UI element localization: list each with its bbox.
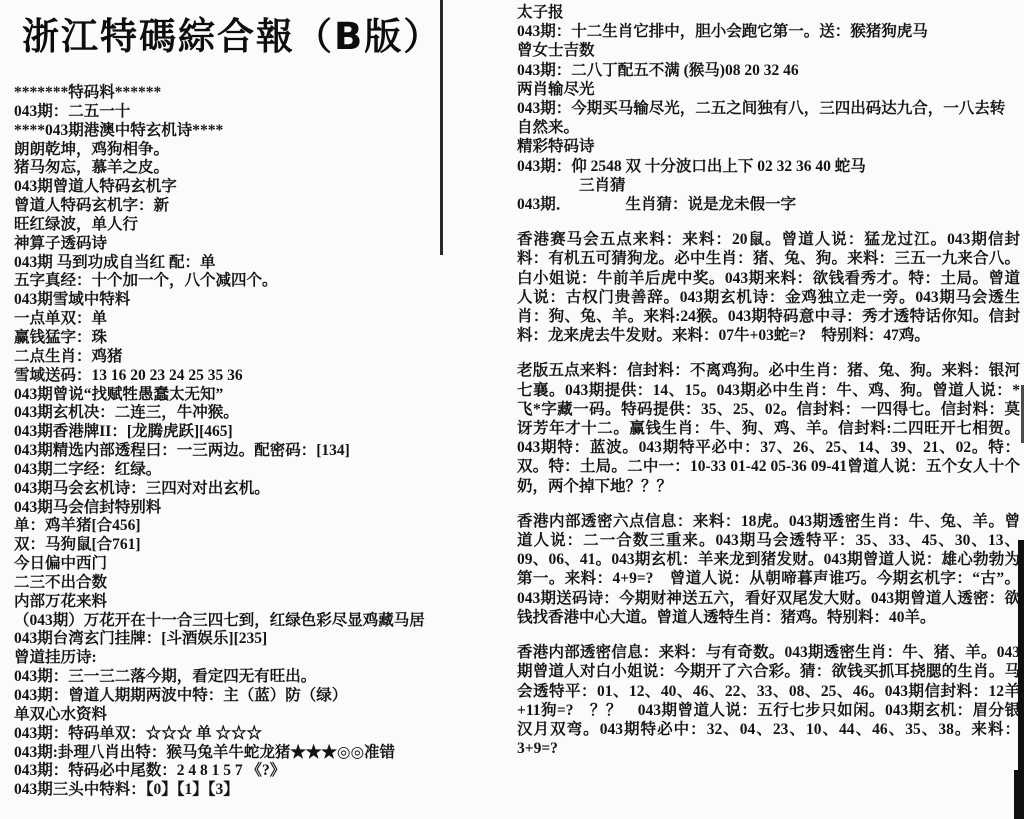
- left-column-line: 旺红绿波，单人行: [14, 216, 506, 235]
- left-column-line: 一点单双：单: [14, 310, 506, 329]
- right-intro-line: 043期：今期买马输尽光，二五之间独有八，三四出码达九合，一八去转自然来。: [517, 99, 1020, 137]
- left-column-line: 二三不出合数: [14, 574, 506, 593]
- left-column-line: 043期：曾道人期期两波中特：主（蓝）防（绿）: [14, 687, 506, 706]
- left-column-line: 043期雪域中特料: [14, 291, 506, 310]
- right-paragraph: 老版五点来料：信封料：不离鸡狗。必中生肖：猪、兔、狗。来料：银河七襄。043期提…: [517, 361, 1020, 495]
- right-intro-line: 曾女士吉数: [517, 41, 1020, 60]
- right-intro-line: 043期． 生肖猜：说是龙未假一字: [517, 195, 1020, 214]
- left-column-line: 曾道挂历诗:: [14, 649, 506, 668]
- left-column-line: 雪域送码：13 16 20 23 24 25 35 36: [14, 367, 506, 386]
- right-intro-line: 太子报: [517, 3, 1020, 22]
- left-column-line: 043期玄机决：二连三，牛冲猴。: [14, 404, 506, 423]
- left-column-line: 猪马匆忘，慕羊之皮。: [14, 159, 506, 178]
- left-column-line: *******特码料******: [14, 84, 506, 103]
- left-column-line: 五字真经：十个加一个，八个减四个。: [14, 272, 506, 291]
- left-column-line: 043期马会信封特别料: [14, 499, 506, 518]
- right-intro-line: 精彩特码诗: [517, 137, 1020, 156]
- left-column-line: 043期：特码单双：☆☆☆ 单 ☆☆☆: [14, 725, 506, 744]
- right-intro-line: 043期：二八丁配五不满 (猴马)08 20 32 46: [517, 61, 1020, 80]
- left-column-line: 043期精选内部透程曰：一三两边。配密码：[134]: [14, 442, 506, 461]
- left-column-line: 今日偏中西门: [14, 555, 506, 574]
- left-column-line: 043期：三一三二落今期，看定四无有旺出。: [14, 668, 506, 687]
- right-column-paragraphs: 香港赛马会五点来料：来料：20鼠。曾道人说：猛龙过江。043期信封料：有机五可猜…: [517, 230, 1020, 758]
- right-intro-line: 两肖输尽光: [517, 80, 1020, 99]
- left-column: *******特码料******043期：二五一十****043期港澳中特玄机诗…: [14, 84, 506, 800]
- left-column-line: 二点生肖：鸡猪: [14, 348, 506, 367]
- left-column-line: 043期曾说“找赋牲愚蠢太无知”: [14, 386, 506, 405]
- left-column-line: 043期三头中特料：【0】【1】【3】: [14, 781, 506, 800]
- left-column-line: 043期:卦理八肖出特：猴马兔羊牛蛇龙猪★★★◎◎准错: [14, 744, 506, 763]
- right-intro-line: 043期：仰 2548 双 十分波口出上下 02 32 36 40 蛇马: [517, 157, 1020, 176]
- left-column-line: ****043期港澳中特玄机诗****: [14, 122, 506, 141]
- right-paragraph: 香港赛马会五点来料：来料：20鼠。曾道人说：猛龙过江。043期信封料：有机五可猜…: [517, 230, 1020, 345]
- left-column-line: （043期）万花开在十一合三四七到，红绿色彩尽显鸡藏马居: [14, 612, 506, 631]
- left-column-line: 双：马狗鼠[合761]: [14, 536, 506, 555]
- left-column-line: 043期 马到功成自当红 配：单: [14, 254, 506, 273]
- left-column-line: 内部万花来料: [14, 593, 506, 612]
- left-column-line: 赢钱猛字：珠: [14, 329, 506, 348]
- left-column-line: 单双心水资料: [14, 706, 506, 725]
- right-column-intro: 太子报043期：十二生肖它排中，胆小会跑它第一。送：猴猪狗虎马曾女士吉数043期…: [517, 3, 1020, 214]
- left-column-line: 单：鸡羊猪[合456]: [14, 517, 506, 536]
- left-column-line: 朗朗乾坤，鸡狗相争。: [14, 141, 506, 160]
- left-column-line: 043期：二五一十: [14, 103, 506, 122]
- left-column-line: 043期二字经：红绿。: [14, 461, 506, 480]
- right-column: 太子报043期：十二生肖它排中，胆小会跑它第一。送：猴猪狗虎马曾女士吉数043期…: [517, 3, 1020, 758]
- left-column-line: 043期台湾玄门挂牌：[斗酒娱乐][235]: [14, 630, 506, 649]
- page-title: 浙江特碼綜合報（B版）: [22, 6, 442, 60]
- left-column-line: 043期：特码必中尾数：2 4 8 1 5 7 《?》: [14, 762, 506, 781]
- left-column-line: 神算子透码诗: [14, 235, 506, 254]
- right-paragraph: 香港内部透密六点信息：来料：18虎。043期透密生肖：牛、兔、羊。曾道人说：二一…: [517, 512, 1020, 627]
- right-intro-line: 三肖猜: [517, 176, 1020, 195]
- left-column-line: 曾道人特码玄机字：新: [14, 197, 506, 216]
- right-intro-line: 043期：十二生肖它排中，胆小会跑它第一。送：猴猪狗虎马: [517, 22, 1020, 41]
- scan-artifact-bottom-right: [1014, 770, 1024, 819]
- scan-artifact-divider-line: [440, 0, 443, 255]
- left-column-line: 043期香港牌II：[龙腾虎跃][465]: [14, 423, 506, 442]
- left-column-line: 043期曾道人特码玄机字: [14, 178, 506, 197]
- right-paragraph: 香港内部透密信息：来料：与有奇数。043期透密生肖：牛、猪、羊。043期曾道人对…: [517, 643, 1020, 758]
- left-column-line: 043期马会玄机诗：三四对对出玄机。: [14, 480, 506, 499]
